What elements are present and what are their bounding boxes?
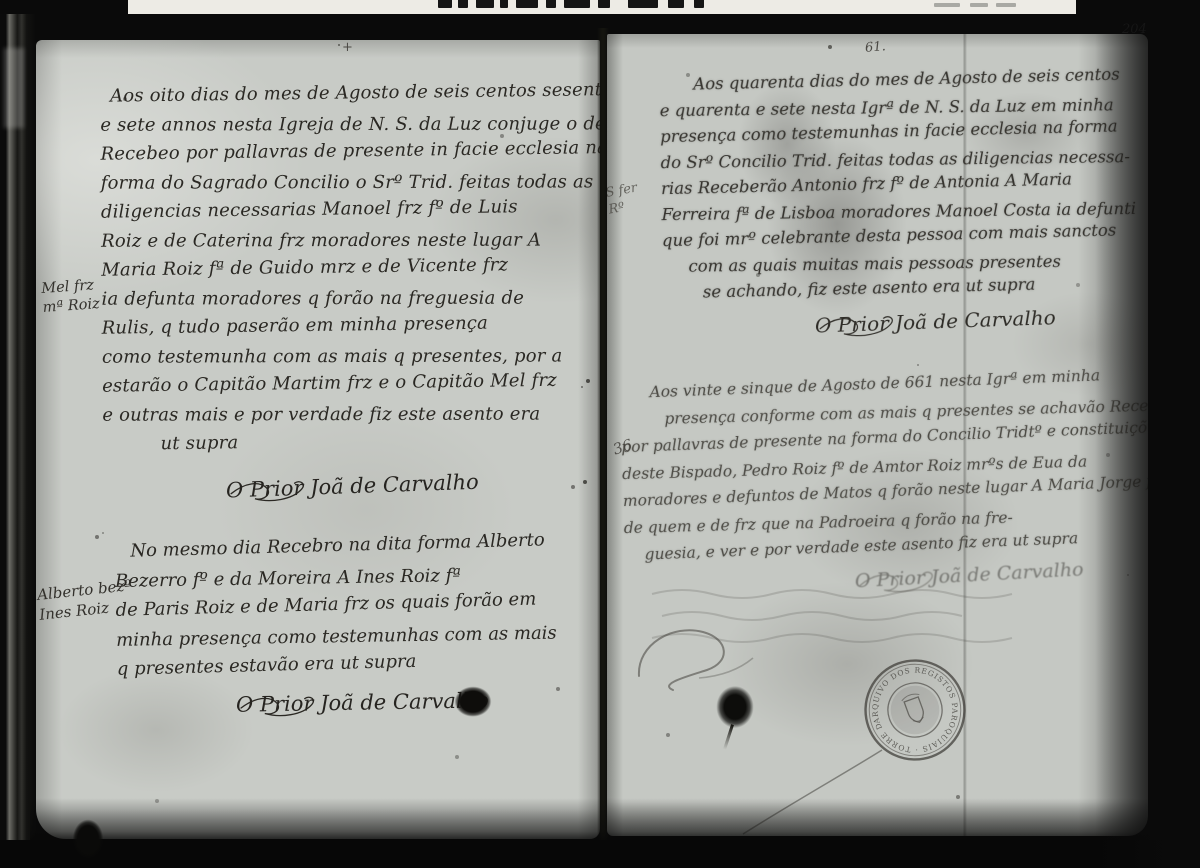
signature-text: O Prior Joã de Carvalho: [815, 305, 1056, 337]
ink-blot: [711, 680, 759, 734]
film-label-mark: [668, 0, 684, 8]
film-label-mark: [546, 0, 556, 8]
register-entry: No mesmo dia Recebro na dita forma Alber…: [114, 527, 584, 537]
entry-text: Aos quarenta dias do mes de Agosto de se…: [659, 64, 1138, 306]
priest-signature: O Prior Joã de Carvalho: [815, 311, 902, 340]
page-bottom-shadow: [30, 798, 1150, 846]
film-label-mark: [500, 0, 508, 8]
entry-text: Aos vinte e sinque de Agosto de 661 nest…: [619, 363, 1148, 569]
priest-signature: O Prior Joã de Carvalho: [236, 691, 322, 718]
ink-blot: [70, 816, 106, 862]
film-label-mark: [694, 0, 704, 8]
margin-note-line: mª Roiz: [42, 295, 100, 318]
film-header-strip: [128, 0, 1076, 14]
film-label-mark: [628, 0, 658, 8]
book-cover-edge: [0, 14, 36, 850]
page-edge-shadow: [1095, 0, 1200, 868]
film-label-mark: [516, 0, 538, 8]
manuscript-photo: + Mel frzmª Roiz Aos oito dias do mes de…: [0, 0, 1200, 868]
paper-speckles: [607, 34, 609, 36]
margin-note-couple-names: Mel frzmª Roiz: [41, 276, 101, 318]
film-label-mark: [934, 3, 960, 7]
page-number: 204: [1122, 22, 1147, 37]
signature-text: O Prior Joã de Carvalho: [226, 470, 480, 503]
photo-bottom-border: [0, 840, 1200, 868]
register-entry: Aos oito dias do mes de Agosto de seis c…: [100, 78, 586, 81]
entry-text: Aos oito dias do mes de Agosto de seis c…: [100, 78, 600, 459]
margin-note: S ferRº: [607, 180, 641, 219]
left-page: + Mel frzmª Roiz Aos oito dias do mes de…: [36, 40, 600, 839]
film-label-mark: [476, 0, 494, 8]
manuscript-line: Aos oito dias do mes de Agosto de seis c…: [110, 74, 600, 110]
archive-stamp: ARQUIVO DOS REGISTOS PAROQUIAIS · TORRE …: [859, 654, 971, 766]
manuscript-line: ut supra: [160, 423, 600, 459]
film-label-mark: [970, 3, 988, 7]
film-label-mark: [438, 0, 452, 8]
right-page: 61. S ferRº Aos quarenta dias do mes de …: [607, 34, 1148, 836]
register-entry: Aos quarenta dias do mes de Agosto de se…: [659, 64, 1137, 72]
film-label-mark: [996, 3, 1016, 7]
entry-text: No mesmo dia Recebro na dita forma Alber…: [114, 528, 558, 685]
register-entry: Aos vinte e sinque de Agosto de 661 nest…: [619, 364, 1139, 380]
film-label-mark: [458, 0, 468, 8]
folio-number: 61.: [864, 39, 886, 56]
paper-speckles: [36, 40, 38, 42]
priest-signature: O Prior Joã de Carvalho: [226, 476, 313, 505]
film-label-mark: [564, 0, 590, 8]
corner-mark: +: [342, 40, 353, 55]
film-label-mark: [598, 0, 610, 8]
